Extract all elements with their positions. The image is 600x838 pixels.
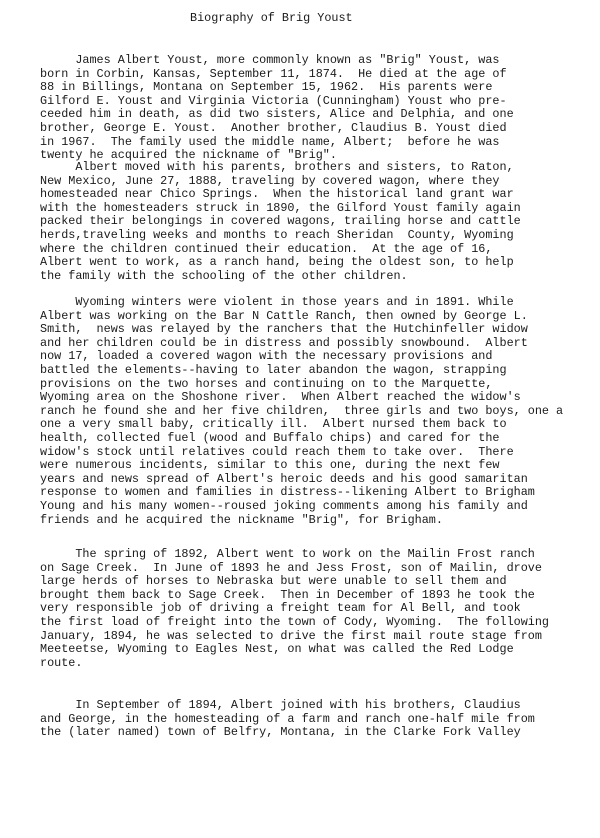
text-line: Wyoming area on the Shoshone river. When… [40, 391, 563, 405]
text-line: response to women and families in distre… [40, 486, 563, 500]
text-line: Albert went to work, as a ranch hand, be… [40, 256, 521, 270]
paragraph-3: Wyoming winters were violent in those ye… [40, 296, 563, 527]
text-line: health, collected fuel (wood and Buffalo… [40, 432, 563, 446]
text-line: years and news spread of Albert's heroic… [40, 473, 563, 487]
text-line: Young and his many women--roused joking … [40, 500, 563, 514]
text-line: and George, in the homesteading of a far… [40, 713, 535, 727]
text-line: Wyoming winters were violent in those ye… [40, 296, 563, 310]
text-line: 88 in Billings, Montana on September 15,… [40, 81, 514, 95]
text-line: provisions on the two horses and continu… [40, 378, 563, 392]
text-line: homesteaded near Chico Springs. When the… [40, 188, 521, 202]
text-line: very responsible job of driving a freigh… [40, 602, 549, 616]
text-line: born in Corbin, Kansas, September 11, 18… [40, 68, 514, 82]
text-line: one a very small baby, critically ill. A… [40, 418, 563, 432]
document-page: Biography of Brig Youst James Albert You… [0, 0, 600, 838]
paragraph-5: In September of 1894, Albert joined with… [40, 699, 535, 740]
paragraph-2: Albert moved with his parents, brothers … [40, 161, 521, 283]
text-line: herds,traveling weeks and months to reac… [40, 229, 521, 243]
text-line: packed their belongings in covered wagon… [40, 215, 521, 229]
text-line: route. [40, 657, 549, 671]
text-line: In September of 1894, Albert joined with… [40, 699, 535, 713]
text-line: brother, George E. Youst. Another brothe… [40, 122, 514, 136]
text-line: large herds of horses to Nebraska but we… [40, 575, 549, 589]
text-line: James Albert Youst, more commonly known … [40, 54, 514, 68]
text-line: battled the elements--having to later ab… [40, 364, 563, 378]
text-line: Smith, news was relayed by the ranchers … [40, 323, 563, 337]
paragraph-4: The spring of 1892, Albert went to work … [40, 548, 549, 670]
text-line: were numerous incidents, similar to this… [40, 459, 563, 473]
text-line: the (later named) town of Belfry, Montan… [40, 726, 535, 740]
text-line: where the children continued their educa… [40, 243, 521, 257]
text-line: friends and he acquired the nickname "Br… [40, 514, 563, 528]
document-title: Biography of Brig Youst [190, 11, 353, 25]
text-line: the first load of freight into the town … [40, 616, 549, 630]
text-line: on Sage Creek. In June of 1893 he and Je… [40, 562, 549, 576]
text-line: widow's stock until relatives could reac… [40, 446, 563, 460]
text-line: with the homesteaders struck in 1890, th… [40, 202, 521, 216]
text-line: Albert was working on the Bar N Cattle R… [40, 310, 563, 324]
text-line: ranch he found she and her five children… [40, 405, 563, 419]
text-line: the family with the schooling of the oth… [40, 270, 521, 284]
text-line: Meeteetse, Wyoming to Eagles Nest, on wh… [40, 643, 549, 657]
text-line: in 1967. The family used the middle name… [40, 136, 514, 150]
text-line: and her children could be in distress an… [40, 337, 563, 351]
text-line: now 17, loaded a covered wagon with the … [40, 350, 563, 364]
text-line: January, 1894, he was selected to drive … [40, 630, 549, 644]
text-line: ceeded him in death, as did two sisters,… [40, 108, 514, 122]
text-line: The spring of 1892, Albert went to work … [40, 548, 549, 562]
text-line: Gilford E. Youst and Virginia Victoria (… [40, 95, 514, 109]
text-line: Albert moved with his parents, brothers … [40, 161, 521, 175]
text-line: New Mexico, June 27, 1888, traveling by … [40, 175, 521, 189]
paragraph-1: James Albert Youst, more commonly known … [40, 54, 514, 163]
text-line: brought them back to Sage Creek. Then in… [40, 589, 549, 603]
